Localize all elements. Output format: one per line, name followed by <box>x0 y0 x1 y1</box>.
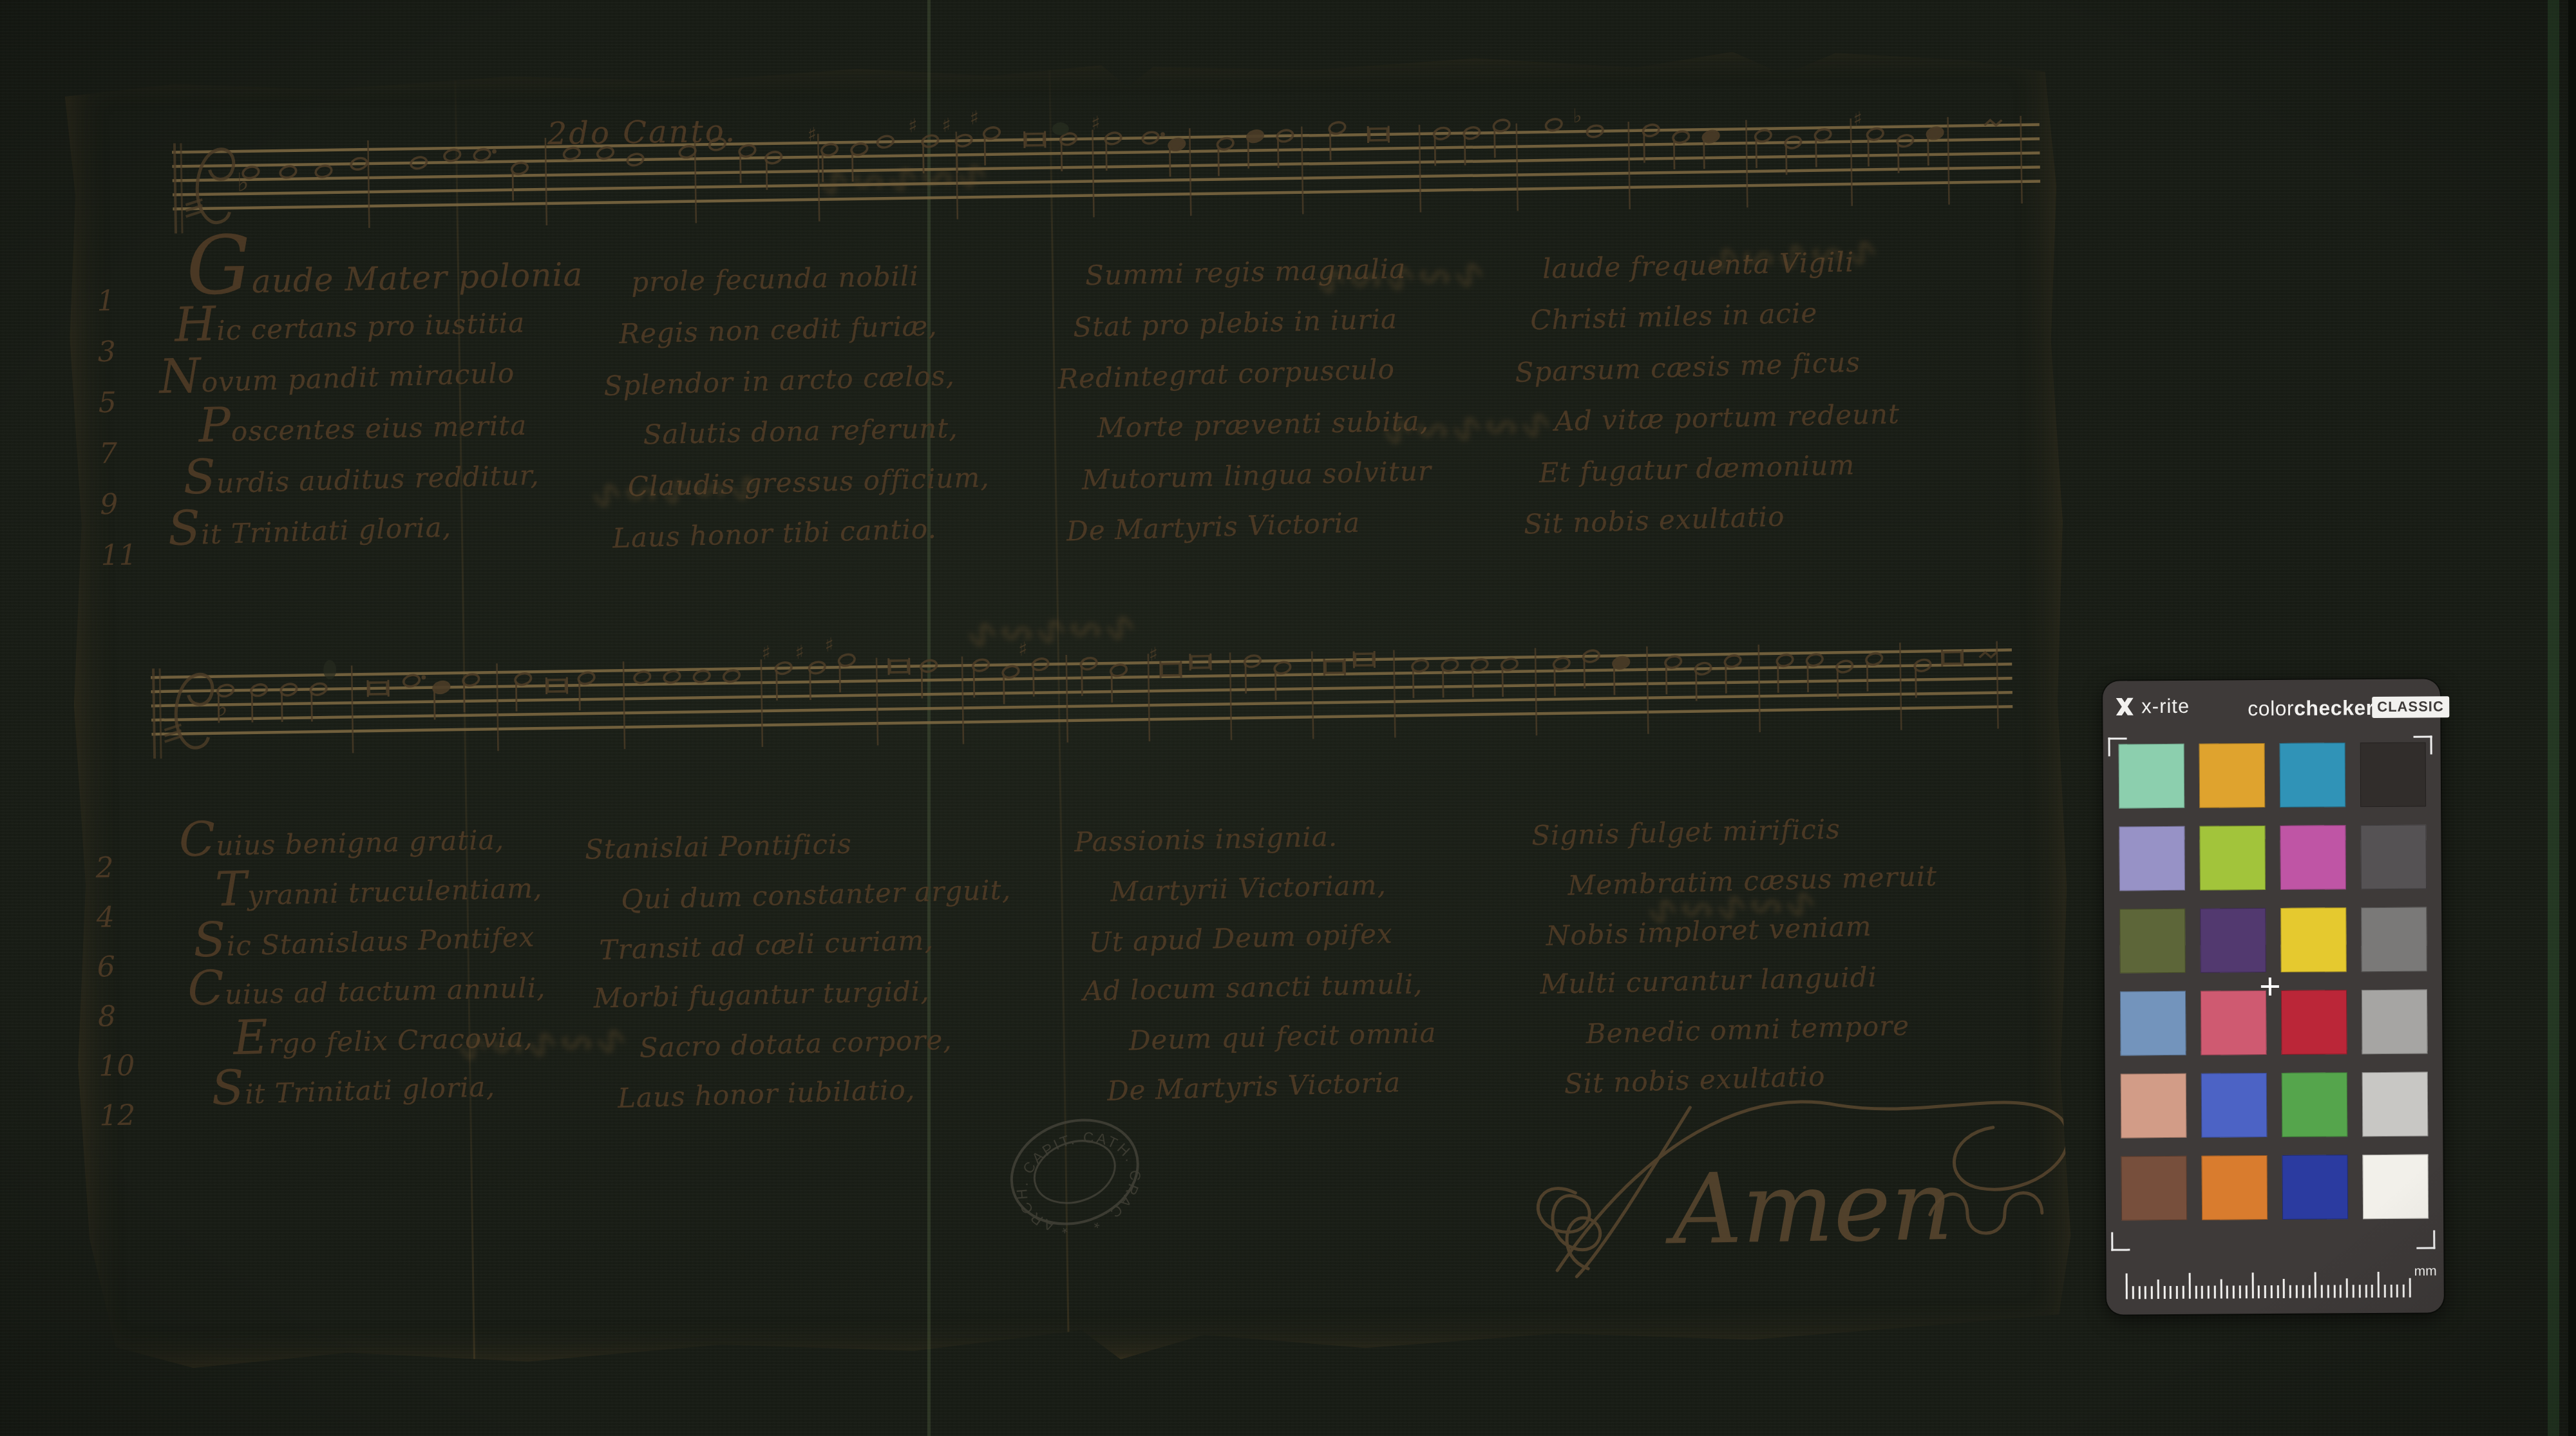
amen-text: Amen <box>1663 1150 1953 1267</box>
ruler-unit-label: mm <box>2414 1263 2437 1279</box>
ruler-tick <box>2296 1285 2298 1298</box>
ruler-tick <box>2346 1278 2348 1298</box>
hymn-line-segment: Sit Trinitati gloria, <box>211 1071 495 1111</box>
ruler-tick <box>2226 1285 2228 1298</box>
crop-mark-bottom-right <box>2416 1230 2435 1249</box>
hymn-line-segment: Sit nobis exultatio <box>1523 500 1785 540</box>
hymn-line-segment: Cuius ad tactum annuli, <box>187 972 546 1011</box>
ruler-tick <box>2157 1280 2159 1299</box>
svg-text:♭: ♭ <box>216 693 229 723</box>
xrite-logo-text: x-rite <box>2141 695 2190 718</box>
color-patch-purplish-blue <box>2201 1073 2268 1138</box>
ruler-tick <box>2132 1286 2134 1299</box>
hymn-line-segment: Hic certans pro iustitia <box>175 307 526 347</box>
product-name-light: color <box>2248 697 2294 720</box>
hymn-line-segment: Morte præventi subita, <box>1097 405 1429 444</box>
ink-blot <box>323 660 336 679</box>
hymn-line-segment: Laus honor tibi cantio. <box>612 513 937 554</box>
background-right-edge <box>2568 0 2576 1436</box>
color-patch-green <box>2282 1072 2348 1137</box>
color-patch-neutral-8 <box>2362 1072 2429 1137</box>
ruler-tick <box>2195 1286 2197 1299</box>
ruler-tick <box>2321 1285 2323 1298</box>
hymn-line-segment: Multi curantur languidi <box>1540 961 1877 1000</box>
ruler-tick <box>2340 1285 2342 1298</box>
bleedthrough-mark: ∿∾∿∾∿ <box>1709 228 1883 284</box>
stanza-number: 12 <box>99 1099 136 1133</box>
ruler-tick <box>2378 1272 2380 1298</box>
crop-mark-bottom-left <box>2111 1232 2130 1251</box>
color-patch-neutral-6.5 <box>2362 990 2428 1055</box>
svg-text:♯: ♯ <box>795 641 804 664</box>
bleedthrough-mark: ∿∾∿∾∿ <box>967 603 1142 659</box>
stanza-number: 4 <box>96 901 115 934</box>
hymn-line-segment: Ad vitæ portum redeunt <box>1554 398 1900 437</box>
amen-flourish: Amen <box>1477 1056 2098 1290</box>
manuscript-paper: 2do Canto. ♭♯♯♯♯♯♭♯ 1Gaude Mater polonia… <box>58 32 2081 1376</box>
svg-text:♯: ♯ <box>942 115 951 137</box>
color-patch-light-skin <box>2121 1073 2187 1138</box>
ruler-tick <box>2371 1285 2373 1298</box>
stanza-number: 3 <box>97 335 116 368</box>
ruler-tick <box>2176 1286 2178 1299</box>
svg-text:♯: ♯ <box>824 634 834 656</box>
ruler-tick <box>2283 1279 2285 1298</box>
stanza-number: 7 <box>99 437 118 470</box>
hymn-line-segment: Sic Stanislaus Pontifex <box>193 921 535 963</box>
svg-text:♯: ♯ <box>969 107 979 129</box>
hymn-line-segment: Ut apud Deum opifex <box>1088 918 1394 958</box>
stanza-number: 5 <box>99 386 117 419</box>
ruler-tick <box>2396 1285 2398 1298</box>
product-name: colorchecker <box>2248 696 2374 721</box>
hymn-line-segment: Laus honor iubilatio, <box>617 1073 915 1114</box>
xrite-logo-icon <box>2113 695 2136 718</box>
color-patch-yellow <box>2280 907 2347 972</box>
ruler-tick <box>2271 1285 2273 1298</box>
hymn-line-segment: Splendor in arcto cælos, <box>603 359 955 402</box>
ruler-tick <box>2183 1286 2184 1299</box>
ruler-tick <box>2170 1286 2172 1299</box>
hymn-line-segment: Stat pro plebis in iuria <box>1073 303 1398 343</box>
hymn-line-segment: De Martyris Victoria <box>1066 507 1361 547</box>
hymn-line-segment: Signis fulget mirificis <box>1531 813 1841 851</box>
hymn-line-segment: Cuius benigna gratia, <box>179 824 505 862</box>
ruler-tick <box>2239 1285 2241 1298</box>
hymn-line-segment: Transit ad cæli curiam, <box>599 924 934 966</box>
ruler-tick <box>2163 1286 2165 1299</box>
stanza-number: 9 <box>100 488 118 521</box>
color-patch-orange-yellow <box>2199 743 2266 808</box>
bleedthrough-mark: ∿∾∿∾∿ <box>1316 250 1491 306</box>
ruler-tick <box>2220 1279 2222 1298</box>
color-patch-blue-flower <box>2119 826 2185 891</box>
ruler-tick <box>2327 1285 2329 1298</box>
hymn-line-segment: Tyranni truculentiam, <box>215 872 543 912</box>
svg-text:♯: ♯ <box>908 115 918 137</box>
hymn-line-segment: Sacro dotata corpore, <box>639 1024 952 1064</box>
ruler-tick <box>2233 1285 2235 1298</box>
hymn-line-segment: Regis non cedit furiæ, <box>619 310 938 350</box>
ruler-tick <box>2315 1272 2316 1298</box>
ruler-tick <box>2390 1285 2392 1298</box>
mm-ruler <box>2125 1259 2409 1299</box>
music-staff-2: ♭♯♯♯♯♯ <box>151 641 2013 771</box>
svg-text:♯: ♯ <box>807 124 817 146</box>
ruler-tick <box>2277 1285 2278 1298</box>
color-patch-red <box>2281 990 2347 1055</box>
svg-text:♯: ♯ <box>761 642 771 665</box>
hymn-line-segment: Martyrii Victoriam, <box>1110 869 1387 907</box>
colorchecker-card: x-rite colorchecker CLASSIC mm <box>2103 679 2444 1314</box>
hymn-line-segment: prole fecunda nobili <box>631 260 920 298</box>
hymn-line-segment: Stanislai Pontificis <box>585 828 853 865</box>
hymn-line-segment: Benedic omni tempore <box>1586 1010 1910 1050</box>
hymn-line-segment: Ad locum sancti tumuli, <box>1083 968 1423 1007</box>
svg-text:♯: ♯ <box>1091 112 1101 135</box>
ruler-tick <box>2138 1286 2140 1299</box>
color-patch-neutral-5 <box>2361 907 2427 972</box>
hymn-line-segment: De Martyris Victoria <box>1106 1066 1401 1107</box>
color-patch-bluish-green <box>2119 744 2185 809</box>
center-cross-mark <box>2261 978 2279 996</box>
color-patch-magenta <box>2280 825 2346 890</box>
card-header: x-rite colorchecker CLASSIC <box>2103 679 2441 739</box>
hymn-line-segment: Redintegrat corpusculo <box>1057 353 1396 395</box>
stanza-number: 11 <box>100 538 137 572</box>
ruler-tick <box>2264 1285 2266 1298</box>
hymn-line-segment: Surdis auditus redditur, <box>183 459 540 500</box>
color-patch-dark-skin <box>2121 1156 2188 1221</box>
background-right-strip <box>2548 0 2559 1436</box>
ruler-tick <box>2365 1285 2367 1298</box>
ruler-tick <box>2409 1278 2411 1298</box>
ruler-tick <box>2188 1273 2190 1299</box>
ruler-tick <box>2251 1272 2253 1298</box>
color-patch-black <box>2360 742 2427 808</box>
color-patch-neutral-3.5 <box>2360 825 2427 890</box>
color-patch-foliage <box>2119 909 2186 974</box>
product-name-bold: checker <box>2294 696 2374 720</box>
hymn-line-segment: Qui dum constanter arguit, <box>621 874 1012 916</box>
ruler-tick <box>2403 1285 2405 1298</box>
variant-badge: CLASSIC <box>2372 696 2449 718</box>
svg-text:♭: ♭ <box>1573 105 1582 128</box>
color-patch-orange <box>2202 1155 2268 1220</box>
color-patch-purple <box>2200 908 2266 973</box>
color-patch-blue-sky <box>2120 991 2186 1056</box>
bleedthrough-mark: ∿∾∿∾∿ <box>1383 400 1557 456</box>
color-patch-white <box>2363 1155 2429 1220</box>
stanza-number: 1 <box>97 285 115 317</box>
hymn-line-segment: Passionis insignia. <box>1074 820 1338 858</box>
bleedthrough-mark: ∿∾∿∾∿ <box>819 151 993 207</box>
ruler-tick <box>2214 1286 2216 1299</box>
bleedthrough-mark: ∿∾∿∾∿ <box>458 1016 632 1072</box>
stanza-number: 10 <box>99 1050 135 1083</box>
svg-text:♯: ♯ <box>1853 108 1862 131</box>
ruler-tick <box>2126 1273 2128 1299</box>
hymn-line-segment: Sparsum cæsis me ficus <box>1515 346 1861 388</box>
color-patch-yellow-green <box>2199 826 2266 891</box>
hymn-line-segment: Mutorum lingua solvitur <box>1081 455 1432 496</box>
ruler-tick <box>2289 1285 2291 1298</box>
ruler-tick <box>2151 1286 2153 1299</box>
ruler-tick <box>2308 1285 2310 1298</box>
svg-text:♯: ♯ <box>1148 643 1158 666</box>
ruler-tick <box>2302 1285 2304 1298</box>
ruler-tick <box>2145 1286 2146 1299</box>
bleedthrough-mark: ∿∾∿∾∿ <box>591 463 766 519</box>
ruler-tick <box>2358 1285 2360 1298</box>
ruler-tick <box>2246 1285 2248 1298</box>
color-patch-moderate-red <box>2201 990 2267 1055</box>
stanza-number: 2 <box>95 851 114 884</box>
hymn-line-segment: Et fugatur dæmonium <box>1539 449 1855 489</box>
photo: { "scene": { "background_color": "#181c1… <box>0 0 2576 1436</box>
hymn-line-segment: Salutis dona referunt, <box>643 412 958 451</box>
hymn-line-segment: Gaude Mater polonia <box>187 256 583 301</box>
ruler-tick <box>2208 1286 2210 1299</box>
xrite-brand: x-rite <box>2113 695 2190 719</box>
ruler-tick <box>2353 1285 2354 1298</box>
hymn-line-segment: Deum qui fecit omnia <box>1128 1017 1437 1056</box>
stanza-number: 8 <box>98 1000 117 1033</box>
ruler-tick <box>2258 1285 2260 1298</box>
ruler-tick <box>2384 1285 2386 1298</box>
hymn-line-segment: Christi miles in acie <box>1530 297 1818 336</box>
hymn-line-segment: Morbi fugantur turgidi, <box>593 975 930 1014</box>
hymn-line-segment: Sit Trinitati gloria, <box>167 511 451 551</box>
music-staff-1: ♭♯♯♯♯♯♭♯ <box>172 116 2041 247</box>
color-patch-cyan <box>2280 742 2346 808</box>
color-patch-blue <box>2282 1155 2349 1220</box>
archive-stamp: * ARCH. CAPIT. CATH. CRAC. * <box>978 1085 1171 1259</box>
stanza-number: 6 <box>97 950 116 983</box>
hymn-line-segment: Novum pandit miraculo <box>159 357 515 399</box>
ruler-tick <box>2333 1285 2335 1298</box>
bleedthrough-mark: ∿∾∿∾∿ <box>1647 879 1822 935</box>
hymn-line-segment: Poscentes eius merita <box>198 410 527 448</box>
ruler-tick <box>2201 1286 2203 1299</box>
